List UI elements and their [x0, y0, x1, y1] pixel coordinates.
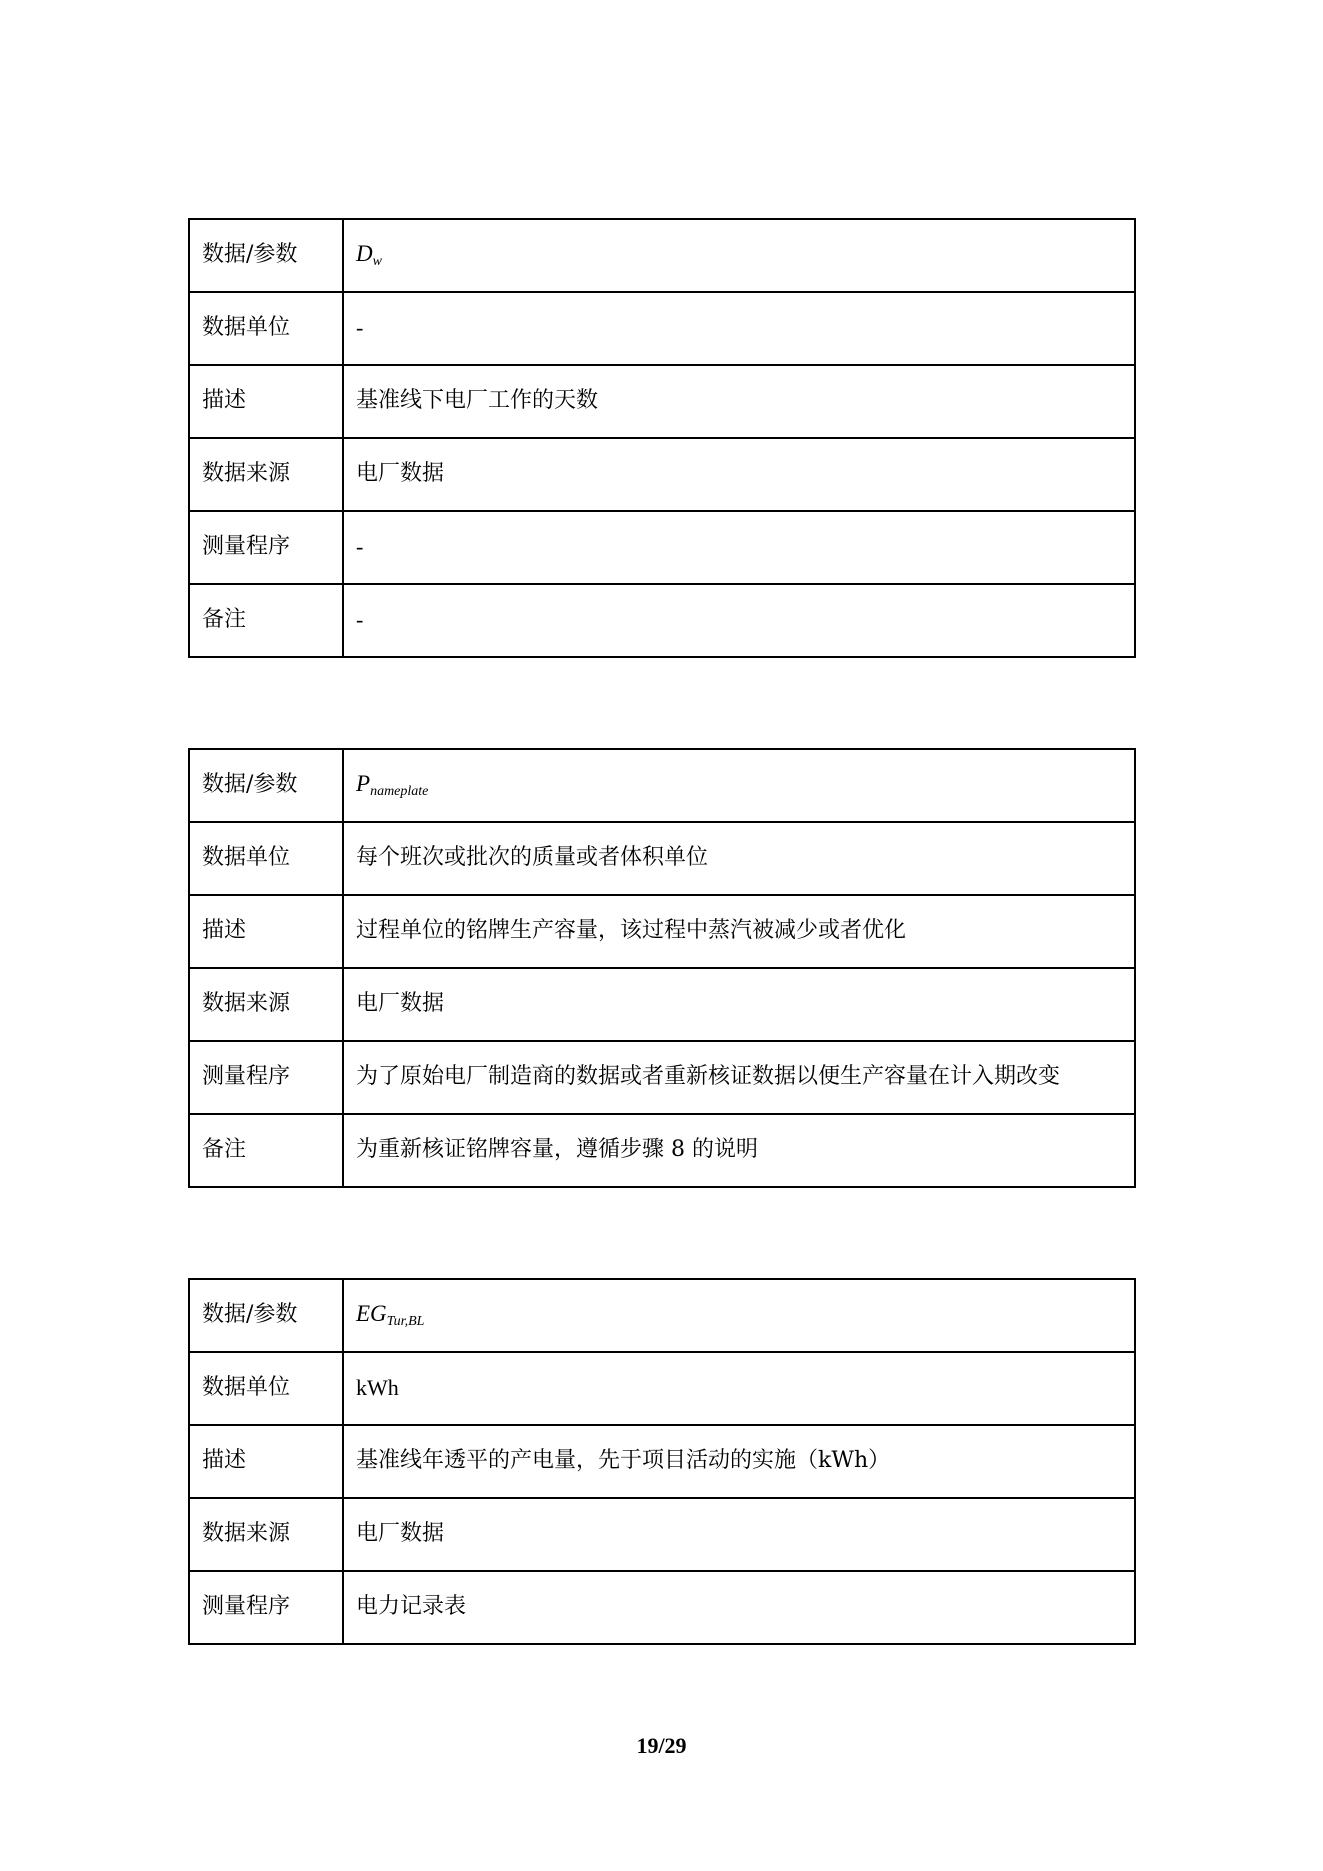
table-row: 数据单位 -	[189, 292, 1135, 365]
label-comment: 备注	[189, 1114, 343, 1187]
table-row: 数据来源 电厂数据	[189, 438, 1135, 511]
table-row: 测量程序 -	[189, 511, 1135, 584]
parameter-symbol: Dw	[343, 219, 1135, 292]
page-number: 19/29	[0, 1733, 1323, 1759]
table-row: 测量程序 为了原始电厂制造商的数据或者重新核证数据以便生产容量在计入期改变	[189, 1041, 1135, 1114]
parameter-symbol: Pnameplate	[343, 749, 1135, 822]
description-value: 过程单位的铭牌生产容量，该过程中蒸汽被减少或者优化	[343, 895, 1135, 968]
table-row: 数据/参数 EGTur,BL	[189, 1279, 1135, 1352]
description-value: 基准线下电厂工作的天数	[343, 365, 1135, 438]
unit-value: 每个班次或批次的质量或者体积单位	[343, 822, 1135, 895]
label-source: 数据来源	[189, 1498, 343, 1571]
table-row: 数据单位 每个班次或批次的质量或者体积单位	[189, 822, 1135, 895]
table-row: 数据来源 电厂数据	[189, 968, 1135, 1041]
source-value: 电厂数据	[343, 1498, 1135, 1571]
table-row: 备注 为重新核证铭牌容量，遵循步骤 8 的说明	[189, 1114, 1135, 1187]
label-source: 数据来源	[189, 438, 343, 511]
parameter-table-egturbl: 数据/参数 EGTur,BL 数据单位 kWh 描述 基准线年透平的产电量，先于…	[188, 1278, 1136, 1645]
parameter-table-pnameplate: 数据/参数 Pnameplate 数据单位 每个班次或批次的质量或者体积单位 描…	[188, 748, 1136, 1188]
label-procedure: 测量程序	[189, 1571, 343, 1644]
table-row: 备注 -	[189, 584, 1135, 657]
label-procedure: 测量程序	[189, 511, 343, 584]
table-row: 测量程序 电力记录表	[189, 1571, 1135, 1644]
parameter-table-dw: 数据/参数 Dw 数据单位 - 描述 基准线下电厂工作的天数 数据来源 电厂数据…	[188, 218, 1136, 658]
table-row: 数据/参数 Pnameplate	[189, 749, 1135, 822]
label-parameter: 数据/参数	[189, 1279, 343, 1352]
comment-value: -	[343, 584, 1135, 657]
table-row: 数据来源 电厂数据	[189, 1498, 1135, 1571]
comment-value: 为重新核证铭牌容量，遵循步骤 8 的说明	[343, 1114, 1135, 1187]
symbol-main: P	[356, 771, 370, 796]
label-procedure: 测量程序	[189, 1041, 343, 1114]
label-unit: 数据单位	[189, 822, 343, 895]
table-row: 描述 过程单位的铭牌生产容量，该过程中蒸汽被减少或者优化	[189, 895, 1135, 968]
description-value: 基准线年透平的产电量，先于项目活动的实施（kWh）	[343, 1425, 1135, 1498]
source-value: 电厂数据	[343, 968, 1135, 1041]
symbol-sub: Tur,BL	[387, 1314, 425, 1329]
symbol-main: D	[356, 241, 373, 266]
unit-value: kWh	[343, 1352, 1135, 1425]
label-source: 数据来源	[189, 968, 343, 1041]
symbol-sub: nameplate	[370, 784, 428, 799]
symbol-main: EG	[356, 1301, 387, 1326]
source-value: 电厂数据	[343, 438, 1135, 511]
parameter-symbol: EGTur,BL	[343, 1279, 1135, 1352]
symbol-sub: w	[373, 254, 382, 269]
procedure-value: 为了原始电厂制造商的数据或者重新核证数据以便生产容量在计入期改变	[343, 1041, 1135, 1114]
procedure-value: -	[343, 511, 1135, 584]
table-row: 数据单位 kWh	[189, 1352, 1135, 1425]
table-row: 描述 基准线下电厂工作的天数	[189, 365, 1135, 438]
label-parameter: 数据/参数	[189, 219, 343, 292]
label-comment: 备注	[189, 584, 343, 657]
table-row: 数据/参数 Dw	[189, 219, 1135, 292]
label-description: 描述	[189, 1425, 343, 1498]
label-description: 描述	[189, 365, 343, 438]
label-unit: 数据单位	[189, 292, 343, 365]
procedure-value: 电力记录表	[343, 1571, 1135, 1644]
label-parameter: 数据/参数	[189, 749, 343, 822]
unit-value: -	[343, 292, 1135, 365]
label-description: 描述	[189, 895, 343, 968]
table-row: 描述 基准线年透平的产电量，先于项目活动的实施（kWh）	[189, 1425, 1135, 1498]
label-unit: 数据单位	[189, 1352, 343, 1425]
